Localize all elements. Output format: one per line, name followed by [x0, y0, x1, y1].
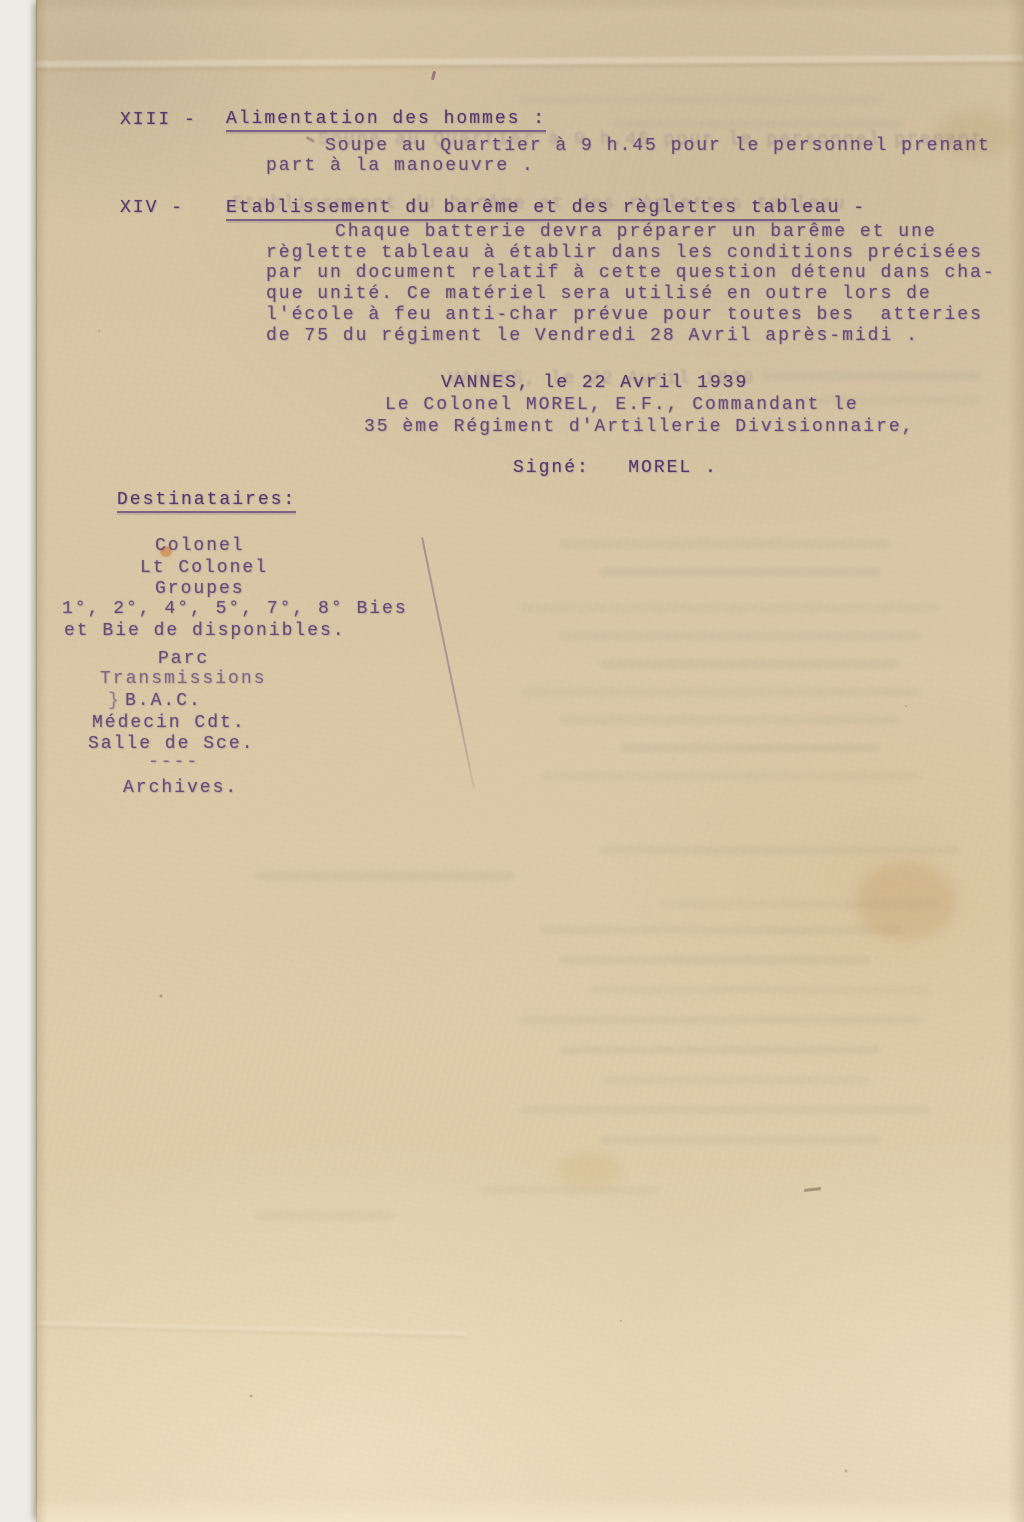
section-14-heading-tail: -: [840, 198, 866, 218]
destinataires-heading-text: Destinataires:: [117, 490, 296, 513]
section-14-line: règlette tableau à établir dans les cond…: [266, 243, 983, 264]
section-13-numeral: XIII -: [120, 110, 197, 131]
destinataire-item: Parc: [158, 649, 209, 670]
section-14-line: l'école à feu anti-char prévue pour tout…: [266, 305, 983, 326]
section-14-heading-text: Etablissement du barême et des règlettes…: [226, 198, 840, 221]
destinataire-item: Groupes: [155, 579, 245, 600]
signature-commander: Le Colonel MOREL, E.F., Commandant le: [385, 395, 859, 416]
section-14-numeral: XIV -: [120, 198, 184, 219]
section-13-heading: Alimentation des hommes :: [226, 109, 546, 130]
scanned-document-page: XIII - Alimentation des hommes : Soupe a…: [0, 0, 1024, 1522]
destinataire-item: Médecin Cdt.: [92, 713, 246, 734]
destinataire-item: B.A.C.: [125, 691, 202, 712]
destinataire-item: 1°, 2°, 4°, 5°, 7°, 8° Bies: [62, 599, 408, 620]
stray-bracket-mark: }: [108, 691, 121, 712]
paper-dust-specks: [0, 0, 2, 2]
destinataire-item: Archives.: [123, 778, 238, 799]
destinataire-item: et Bie de disponibles.: [64, 621, 346, 642]
section-13-line: Soupe au Quartier à 9 h.45 pour le perso…: [325, 136, 991, 157]
section-14-line: par un document relatif à cette question…: [266, 263, 996, 284]
signature-place-date: VANNES, le 22 Avril 1939: [441, 373, 748, 394]
section-14-heading: Etablissement du barême et des règlettes…: [226, 198, 866, 219]
section-13-heading-text: Alimentation des hommes :: [226, 109, 546, 132]
destinataire-item: Transmissions: [100, 669, 266, 690]
section-14-line: de 75 du régiment le Vendredi 28 Avril a…: [266, 326, 919, 347]
section-14-line: que unité. Ce matériel sera utilisé en o…: [266, 284, 932, 305]
section-13-line: part à la manoeuvre .: [266, 156, 535, 177]
signature-signed: Signé: MOREL .: [513, 458, 718, 479]
destinataire-item: Lt Colonel: [140, 558, 268, 579]
destinataires-heading: Destinataires:: [117, 490, 296, 511]
separator-dashes: ----: [148, 752, 199, 773]
signature-regiment: 35 ème Régiment d'Artillerie Divisionnai…: [364, 417, 914, 438]
section-14-line: Chaque batterie devra préparer un barême…: [335, 222, 937, 243]
destinataire-item: Colonel: [155, 536, 245, 557]
